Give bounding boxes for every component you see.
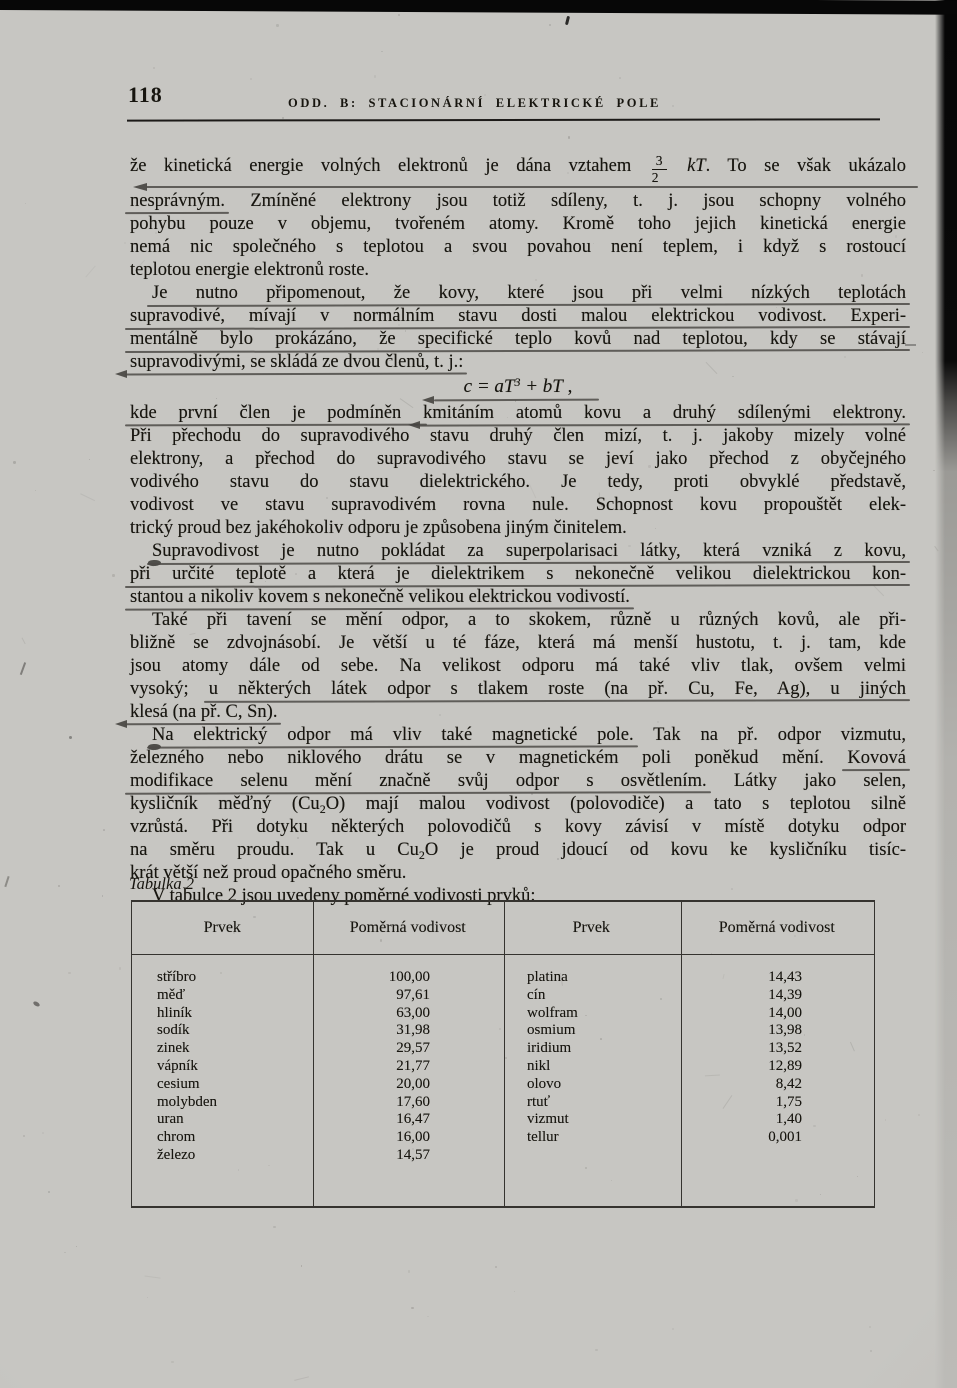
text-line: trický proud bez jakéhokoliv odporu je z… <box>130 517 906 540</box>
table-row: cesium20,00olovo8,42 <box>132 1076 874 1094</box>
text-segment: Zmíněné elektrony jsou totiž sdíleny, t.… <box>225 191 906 211</box>
text-segment: c = aT <box>464 376 515 397</box>
table-column-divider <box>504 902 505 1206</box>
conductivity-value-cell: 17,60 <box>312 1094 503 1112</box>
text-line: vysoký; u některých látek odpor s tlakem… <box>130 678 906 701</box>
text-line: elektrony, a přechod do supravodivého st… <box>130 448 906 471</box>
text-line: kde první člen je podmíněn kmitáním atom… <box>130 402 906 425</box>
pencil-mark <box>4 876 9 887</box>
table-column-divider <box>313 902 314 1206</box>
conductivity-value-cell: 13,52 <box>679 1040 874 1058</box>
element-name-cell: stříbro <box>132 969 312 987</box>
element-name-cell: železo <box>132 1147 312 1165</box>
text-block: že kinetická energie volných elektronů j… <box>130 148 906 908</box>
scan-edge-right <box>935 0 957 1388</box>
table-row: vápník21,77nikl12,89 <box>132 1058 874 1076</box>
paragraph: Supravodivost je nutno pokládat za super… <box>130 540 906 609</box>
element-name-cell: iridium <box>503 1040 679 1058</box>
element-name-cell: olovo <box>503 1076 679 1094</box>
text-line: supravodivé, mívají v normálním stavu do… <box>130 305 906 328</box>
text-segment: vodivého stavu do stavu dielektrického. … <box>130 472 906 492</box>
text-line: nesprávným. Zmíněné elektrony jsou totiž… <box>130 190 906 213</box>
element-name-cell: nikl <box>503 1058 679 1076</box>
pencil-underlined-text: kde první člen je podmíněn <box>130 403 423 423</box>
table-body: stříbro100,00platina14,43měď97,61cín14,3… <box>132 955 874 1165</box>
text-segment: Tak na př. odpor vizmutu, <box>634 725 906 745</box>
element-name-cell: chrom <box>132 1129 312 1147</box>
pencil-underlined-text: při určité teplotě a která je dielektrik… <box>130 564 906 584</box>
text-segment: vysoký; <box>130 679 209 699</box>
table-row: hliník63,00wolfram14,00 <box>132 1005 874 1023</box>
conductivity-value-cell <box>679 1147 874 1165</box>
text-line: na směru proudu. Tak u Cu2O je proud jdo… <box>130 839 906 862</box>
text-line: supravodivými, se skládá ze dvou členů, … <box>130 351 906 374</box>
conductivity-value-cell: 29,57 <box>312 1040 503 1058</box>
table-row: molybden17,60rtuť1,75 <box>132 1094 874 1112</box>
fraction-denominator: 2 <box>652 170 667 185</box>
text-segment: bližně se zdvojnásobí. Je větší u té fáz… <box>130 633 906 653</box>
conductivity-value-cell: 14,57 <box>312 1147 503 1165</box>
table-label: Tabulka 2 <box>129 873 877 895</box>
element-name-cell: hliník <box>132 1005 312 1023</box>
header-rule <box>127 118 880 121</box>
text-line: stantou a nikoliv kovem s nekonečně veli… <box>130 586 906 609</box>
text-line: modifikace selenu mění značně svůj odpor… <box>130 770 906 793</box>
text-line: železného nebo niklového drátu se v magn… <box>130 747 906 770</box>
element-name-cell: osmium <box>503 1022 679 1040</box>
conductivity-value-cell: 16,47 <box>312 1111 503 1129</box>
table-header-element: Prvek <box>132 919 313 937</box>
element-name-cell: molybden <box>132 1094 312 1112</box>
text-line: vodivost ve stavu supravodivém rovna nul… <box>130 494 906 517</box>
element-name-cell: vizmut <box>503 1111 679 1129</box>
text-segment: vzrůstá. Při dotyku některých polovodičů… <box>130 817 906 837</box>
pencil-underlined-text: klesá (na př. C, Sn). <box>130 702 277 722</box>
pencil-underlined-text: kmitáním atomů kovu a druhý sdílenými el… <box>423 403 906 423</box>
conductivity-value-cell: 8,42 <box>679 1076 874 1094</box>
text-line: klesá (na př. C, Sn). <box>130 701 906 724</box>
table-header-row: Prvek Poměrná vodivost Prvek Poměrná vod… <box>132 902 874 955</box>
conductivity-value-cell: 97,61 <box>312 987 503 1005</box>
conductivity-value-cell: 14,00 <box>679 1005 874 1023</box>
text-segment: že kinetická energie volných elektronů j… <box>130 156 649 176</box>
scanned-book-page: 118 ODD. B: STACIONÁRNÍ ELEKTRICKÉ POLE … <box>0 0 957 1388</box>
pencil-underlined-text: stantou a nikoliv kovem s nekonečně veli… <box>130 587 630 607</box>
element-name-cell: měď <box>132 987 312 1005</box>
pencil-underlined-text: Supravodivost je nutno pokládat za super… <box>152 541 906 561</box>
text-segment: pohybu pouze v objemu, tvořeném atomy. K… <box>130 214 906 234</box>
table-column-divider <box>681 902 682 1206</box>
table-row: železo14,57 <box>132 1147 874 1165</box>
text-segment: O) mají malou vodivost (polovodiče) a ta… <box>326 794 906 814</box>
text-segment: Látky jako selen, <box>707 771 906 791</box>
text-segment: kysličník měďný (Cu <box>130 794 320 814</box>
running-header: ODD. B: STACIONÁRNÍ ELEKTRICKÉ POLE <box>288 96 661 111</box>
conductivity-value-cell: 63,00 <box>312 1005 503 1023</box>
text-segment: trický proud bez jakéhokoliv odporu je z… <box>130 518 627 538</box>
text-line: bližně se zdvojnásobí. Je větší u té fáz… <box>130 632 906 655</box>
pencil-underlined-text: mentálně bylo prokázáno, že specifické t… <box>130 329 906 349</box>
element-name-cell: cín <box>503 987 679 1005</box>
conductivity-value-cell: 1,75 <box>679 1094 874 1112</box>
text-segment: O je proud jdoucí od kovu ke kysličníku … <box>425 840 906 860</box>
text-line: vzrůstá. Při dotyku některých polovodičů… <box>130 816 906 839</box>
text-line: Také při tavení se mění odpor, a to skok… <box>130 609 906 632</box>
text-line: Na elektrický odpor má vliv také magneti… <box>130 724 906 747</box>
table-header-conductivity: Poměrná vodivost <box>313 919 503 937</box>
pencil-underlined-text: Kovová <box>847 748 906 768</box>
formula-expression: c = aT3 + bT , <box>464 376 573 397</box>
conductivity-value-cell: 1,40 <box>679 1111 874 1129</box>
text-line: Při přechodu do supravodivého stavu druh… <box>130 425 906 448</box>
text-line: teplotou energie elektronů roste. <box>130 259 906 282</box>
text-segment: železného nebo niklového drátu se v magn… <box>130 748 847 768</box>
paragraph: Na elektrický odpor má vliv také magneti… <box>130 724 906 885</box>
text-line: vodivého stavu do stavu dielektrického. … <box>130 471 906 494</box>
pencil-mark <box>32 1001 40 1008</box>
text-line: že kinetická energie volných elektronů j… <box>130 148 906 190</box>
conductivity-value-cell: 0,001 <box>679 1129 874 1147</box>
pencil-underlined-text: Je nutno připomenout, že kovy, které jso… <box>152 283 906 303</box>
conductivity-value-cell: 31,98 <box>312 1022 503 1040</box>
element-name-cell: platina <box>503 969 679 987</box>
conductivity-value-cell: 14,39 <box>679 987 874 1005</box>
text-line: pohybu pouze v objemu, tvořeném atomy. K… <box>130 213 906 236</box>
text-segment: nemá nic společného s teplotou a svou po… <box>130 237 906 257</box>
conductivity-value-cell: 21,77 <box>312 1058 503 1076</box>
text-segment: , <box>563 376 573 397</box>
text-line: Supravodivost je nutno pokládat za super… <box>130 540 906 563</box>
element-name-cell: wolfram <box>503 1005 679 1023</box>
element-name-cell: sodík <box>132 1022 312 1040</box>
text-line: při určité teplotě a která je dielektrik… <box>130 563 906 586</box>
table-header-element: Prvek <box>503 919 680 937</box>
text-segment: elektrony, a přechod do supravodivého st… <box>130 449 906 469</box>
text-segment <box>670 156 688 176</box>
paragraph: kde první člen je podmíněn kmitáním atom… <box>130 402 906 540</box>
formula: c = aT3 + bT , <box>130 374 906 402</box>
page-number: 118 <box>128 82 163 108</box>
table-row: uran16,47vizmut1,40 <box>132 1111 874 1129</box>
element-name-cell: vápník <box>132 1058 312 1076</box>
text-segment: jsou atomy dále od sebe. Na velikost odp… <box>130 656 906 676</box>
element-name-cell <box>503 1147 679 1165</box>
conductivity-table-section: Tabulka 2 Prvek Poměrná vodivost Prvek P… <box>131 872 877 1208</box>
table-header-conductivity: Poměrná vodivost <box>680 919 874 937</box>
element-name-cell: tellur <box>503 1129 679 1147</box>
text-segment: kT <box>687 156 706 176</box>
table-row: měď97,61cín14,39 <box>132 987 874 1005</box>
text-line: mentálně bylo prokázáno, že specifické t… <box>130 328 906 351</box>
pencil-underlined-text: modifikace selenu mění značně svůj odpor… <box>130 771 707 791</box>
pencil-underlined-text: nesprávným. <box>130 191 225 211</box>
pencil-underlined-text: Na elektrický odpor má vliv také magneti… <box>152 725 634 745</box>
text-line: kysličník měďný (Cu2O) mají malou vodivo… <box>130 793 906 816</box>
pencil-underlined-text: supravodivé, mívají v normálním stavu do… <box>130 306 906 326</box>
table-row: chrom16,00tellur0,001 <box>132 1129 874 1147</box>
text-segment: Také při tavení se mění odpor, a to skok… <box>152 610 906 630</box>
pencil-underlined-text: u některých látek odpor s tlakem roste (… <box>209 679 906 699</box>
conductivity-value-cell: 100,00 <box>312 969 503 987</box>
text-segment: . To se však ukázalo <box>706 156 906 176</box>
pencil-mark <box>565 16 570 25</box>
conductivity-table: Prvek Poměrná vodivost Prvek Poměrná vod… <box>131 900 875 1208</box>
text-segment: Při přechodu do supravodivého stavu druh… <box>130 426 906 446</box>
text-segment: teplotou energie elektronů roste. <box>130 260 369 280</box>
conductivity-value-cell: 20,00 <box>312 1076 503 1094</box>
paragraph: Je nutno připomenout, že kovy, které jso… <box>130 282 906 374</box>
text-segment: + bT <box>520 376 562 397</box>
table-row: zinek29,57iridium13,52 <box>132 1040 874 1058</box>
table-row: sodík31,98osmium13,98 <box>132 1022 874 1040</box>
pencil-mark <box>20 662 26 675</box>
pencil-underlined-text: supravodivými, se skládá ze dvou členů, … <box>130 352 463 372</box>
paragraph: Také při tavení se mění odpor, a to skok… <box>130 609 906 724</box>
element-name-cell: uran <box>132 1111 312 1129</box>
element-name-cell: zinek <box>132 1040 312 1058</box>
element-name-cell: cesium <box>132 1076 312 1094</box>
text-line: nemá nic společného s teplotou a svou po… <box>130 236 906 259</box>
scan-edge-top <box>0 0 957 15</box>
text-line: Je nutno připomenout, že kovy, které jso… <box>130 282 906 305</box>
text-line: jsou atomy dále od sebe. Na velikost odp… <box>130 655 906 678</box>
element-name-cell: rtuť <box>503 1094 679 1112</box>
table-row: stříbro100,00platina14,43 <box>132 969 874 987</box>
conductivity-value-cell: 16,00 <box>312 1129 503 1147</box>
conductivity-value-cell: 13,98 <box>679 1022 874 1040</box>
pencil-mark <box>69 736 72 739</box>
conductivity-value-cell: 14,43 <box>679 969 874 987</box>
conductivity-value-cell: 12,89 <box>679 1058 874 1076</box>
fraction: 32 <box>652 154 667 185</box>
text-segment: na směru proudu. Tak u Cu <box>130 840 419 860</box>
text-segment: vodivost ve stavu supravodivém rovna nul… <box>130 495 906 515</box>
fraction-numerator: 3 <box>652 154 667 170</box>
pencil-mark <box>905 344 916 346</box>
paragraph: že kinetická energie volných elektronů j… <box>130 148 906 282</box>
